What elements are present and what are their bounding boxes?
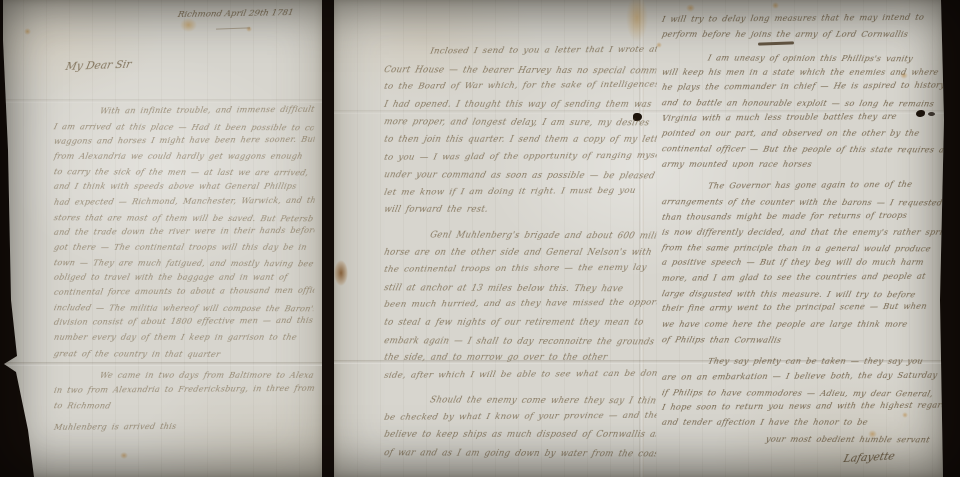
stain [626,0,648,42]
handwriting-line: are on an embarkation — I believe both, … [661,367,946,385]
handwriting-line: to the Board of War which, for the sake … [382,77,658,97]
letter-sheet-right: Inclosed I send to you a letter that I w… [334,0,944,477]
handwriting-line: he plays the commander in chief — He is … [661,78,946,96]
handwriting-line: of war and as I am going down by water f… [382,445,658,464]
handwriting-line: I am uneasy of opinion this Phillips's v… [660,50,945,67]
stain [24,28,31,35]
handwriting-line: side, after which I will be able to see … [382,366,658,386]
letter-sheet-left: Richmond April 29th 1781 My Dear Sir Wit… [0,0,322,477]
handwriting-line: will forward the rest. [382,202,658,220]
handwriting-line: Muhlenberg is arrived this [53,418,316,435]
handwriting-line: been much hurried, and as they have miss… [382,295,658,315]
handwriting-line: the continental troops on this shore — t… [382,260,658,280]
letter-page-2: Inclosed I send to you a letter that I w… [384,44,656,463]
handwriting-line: got there — The continental troops will … [52,240,315,255]
handwriting-line: Virginia with a much less trouble battle… [661,109,946,127]
handwriting-line: Genl Muhlenberg's brigade and about 600 … [382,227,658,246]
handwriting-line: in two from Alexandria to Fredericksburg… [53,381,316,398]
handwriting-line: be checked by what I know of your provin… [382,408,658,428]
handwriting-line: than thousands might be made for returns… [661,207,946,225]
handwriting-line: perform before he joins the army of Lord… [660,27,945,42]
handwriting-line: continental officer — But the people of … [660,141,945,158]
signature: Lafayette [842,451,896,466]
handwriting-line: the side, and to morrow go over to the o… [382,350,658,368]
letter-page-3: Lafayette I will try to delay long measu… [662,12,944,446]
handwriting-line: waggons and horses I might have been her… [53,132,316,149]
handwriting-line: I hope soon to return you news and with … [661,398,946,416]
handwriting-line: to you — I was glad of the opportunity o… [382,147,658,167]
letter-page-1: With an infinite trouble, and immense di… [54,104,314,435]
handwriting-line: to then join this quarter. I send them a… [382,132,658,150]
handwriting-line: and the trade down the river were in the… [53,223,316,240]
handwriting-line: to steal a few nights of our retirement … [382,315,658,333]
stain [180,18,197,32]
handwriting-line: we have come here the people are large t… [660,317,945,332]
handwriting-line: town — They are much fatigued, and mostl… [52,255,315,271]
handwriting-line: With an infinite trouble, and immense di… [53,102,316,119]
letter-photograph: Richmond April 29th 1781 My Dear Sir Wit… [0,0,960,477]
handwriting-line: Inclosed I send to you a letter that I w… [382,42,658,62]
handwriting-line: is now differently decided, and that the… [660,225,945,240]
handwriting-line: army mounted upon race horses [660,157,945,172]
handwriting-line: great of the country in that quarter [52,346,315,362]
date-flourish [216,27,250,29]
handwriting-line: division consist of about 1800 effective… [53,313,316,330]
handwriting-line: had expected — Richmond, Manchester, War… [53,193,316,210]
handwriting-line: number every day of them I keep in garri… [52,330,315,345]
handwriting-line: their fine army went to the principal sc… [661,299,946,317]
stain [120,452,128,459]
handwriting-line: believe to keep ships as much disposed o… [382,427,658,445]
handwriting-line: continental force amounts to about a tho… [53,283,316,300]
letter-dateline: Richmond April 29th 1781 [177,8,309,20]
handwriting-line: from Alexandria we could hardly get wagg… [52,149,315,164]
stain [334,260,348,286]
handwriting-line: of Philips than Cornwallis [660,332,945,349]
stain [772,2,779,9]
handwriting-line: The Governor has gone again to one of th… [661,177,946,195]
handwriting-line: let me know if I am doing it right. I mu… [382,183,658,203]
handwriting-line: embark again — I shall to day reconnoitr… [382,333,658,352]
handwriting-line: to Richmond [52,398,315,414]
handwriting-line: your most obedient humble servant [660,431,945,448]
handwriting-line: more proper, and longest delay, I am sur… [382,114,658,133]
handwriting-line: and tender affection I have the honor to… [660,415,945,430]
handwriting-line: more, and I am glad to see the countries… [661,269,946,287]
letter-salutation: My Dear Sir [64,59,132,73]
handwriting-line: pointed on our part, and observed on the… [660,126,945,141]
handwriting-line: I had opened. I thought this way of send… [382,97,658,115]
handwriting-line: I will try to delay long measures that h… [661,10,946,28]
